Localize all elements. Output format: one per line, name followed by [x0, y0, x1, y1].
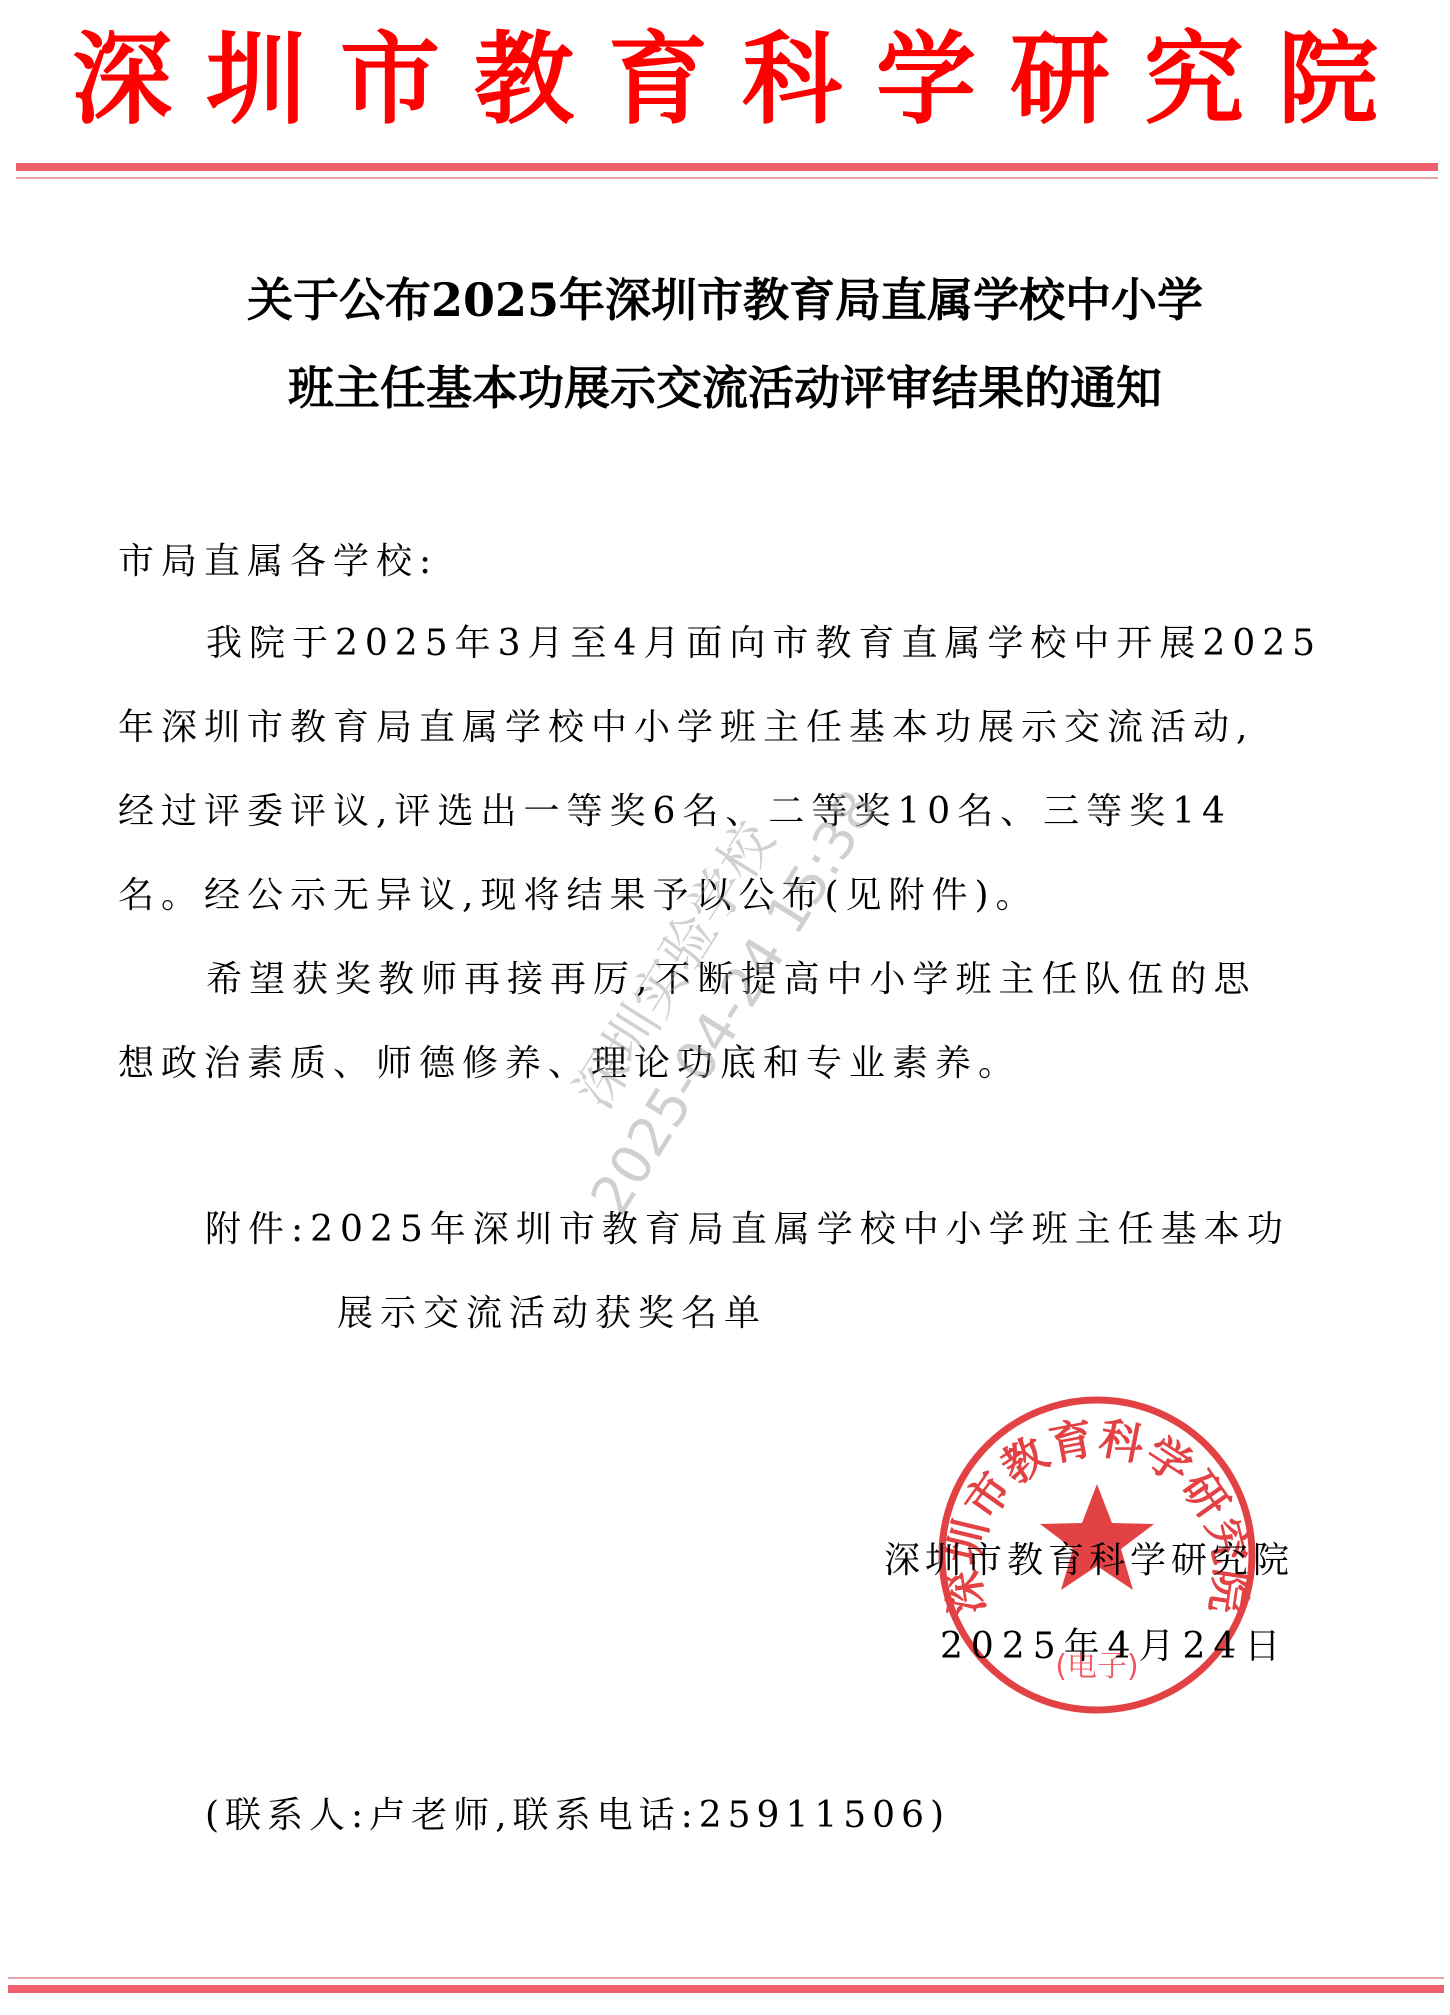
body-paragraph-1: 我院于2025年3月至4月面向市教育直属学校中开展2025 年深圳市教育局直属学… — [118, 602, 1328, 938]
footer-thin-rule — [8, 1977, 1444, 1979]
attachment-title-line-2: 展示交流活动获奖名单 — [205, 1272, 1290, 1356]
body-paragraph-2: 希望获奖教师再接再厉,不断提高中小学班主任队伍的思 想政治素质、师德修养、理论功… — [118, 938, 1328, 1106]
signature-org: 深圳市教育科学研究院 — [884, 1532, 1294, 1583]
attachment-label: 附件: — [205, 1209, 310, 1250]
footer-thick-rule — [8, 1985, 1444, 1993]
header-thin-rule — [16, 177, 1438, 179]
title-line-1: 关于公布2025年深圳市教育局直属学校中小学 — [0, 256, 1450, 344]
salutation-text: 市局直属各学校: — [118, 520, 1328, 604]
body-p1-line-1: 我院于2025年3月至4月面向市教育直属学校中开展2025 — [118, 602, 1328, 686]
attachment-block: 附件:2025年深圳市教育局直属学校中小学班主任基本功 展示交流活动获奖名单 — [205, 1188, 1290, 1356]
body-p1-line-2: 年深圳市教育局直属学校中小学班主任基本功展示交流活动, — [118, 686, 1328, 770]
body-p2-line-1: 希望获奖教师再接再厉,不断提高中小学班主任队伍的思 — [118, 938, 1328, 1022]
body-p1-line-3: 经过评委评议,评选出一等奖6名、二等奖10名、三等奖14 — [118, 770, 1328, 854]
salutation: 市局直属各学校: — [118, 520, 1328, 604]
body-p1-line-4: 名。经公示无异议,现将结果予以公布(见附件)。 — [118, 854, 1328, 938]
document-title: 关于公布2025年深圳市教育局直属学校中小学 班主任基本功展示交流活动评审结果的… — [0, 256, 1450, 432]
contact-info: (联系人:卢老师,联系电话:25911506) — [205, 1787, 950, 1838]
masthead-org-name: 深圳市教育科学研究院 — [0, 24, 1450, 134]
title-line-2: 班主任基本功展示交流活动评审结果的通知 — [0, 344, 1450, 432]
header-thick-rule — [16, 163, 1438, 171]
attachment-title-line-1: 2025年深圳市教育局直属学校中小学班主任基本功 — [310, 1209, 1290, 1250]
body-p2-line-2: 想政治素质、师德修养、理论功底和专业素养。 — [118, 1022, 1328, 1106]
signature-date: 2025年4月24日 — [940, 1618, 1288, 1669]
